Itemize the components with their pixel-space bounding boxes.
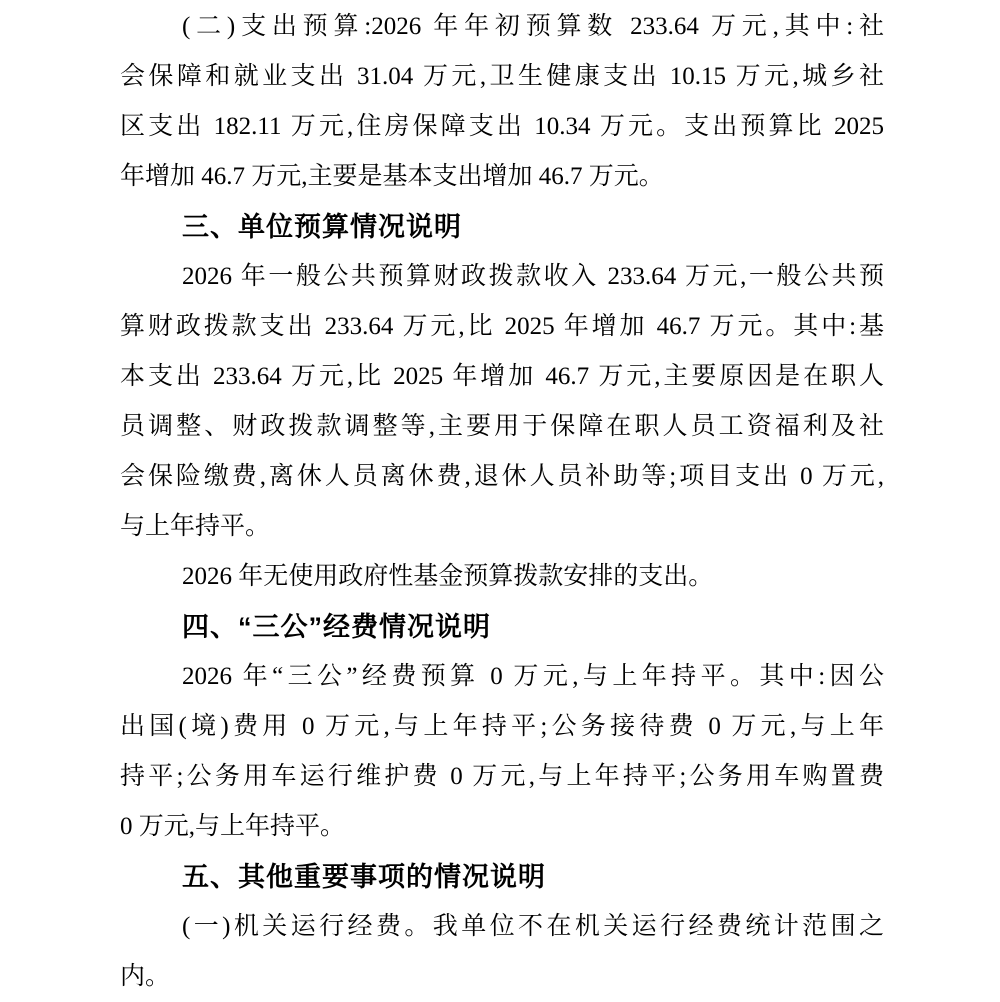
text-line: 2026 年无使用政府性基金预算拨款安排的支出。 bbox=[120, 552, 884, 602]
paragraph-unit-budget-explanation: 2026 年一般公共预算财政拨款收入 233.64 万元,一般公共预 算财政拨款… bbox=[120, 252, 884, 552]
text-line: 0 万元,与上年持平。 bbox=[120, 802, 884, 852]
paragraph-three-public-expenses: 2026 年“三公”经费预算 0 万元,与上年持平。其中:因公 出国(境)费用 … bbox=[120, 652, 884, 852]
text-line: 会保险缴费,离休人员离休费,退休人员补助等;项目支出 0 万元, bbox=[120, 452, 884, 502]
document-page: (二)支出预算:2026 年年初预算数 233.64 万元,其中:社 会保障和就… bbox=[0, 0, 1000, 1002]
text-line: 算财政拨款支出 233.64 万元,比 2025 年增加 46.7 万元。其中:… bbox=[120, 302, 884, 352]
paragraph-operating-expenses: (一)机关运行经费。我单位不在机关运行经费统计范围之 内。 bbox=[120, 902, 884, 1002]
section-heading-other-matters: 五、其他重要事项的情况说明 bbox=[120, 852, 884, 902]
text-line: 出国(境)费用 0 万元,与上年持平;公务接待费 0 万元,与上年 bbox=[120, 702, 884, 752]
text-line: 年增加 46.7 万元,主要是基本支出增加 46.7 万元。 bbox=[120, 152, 884, 202]
text-line: 与上年持平。 bbox=[120, 502, 884, 552]
text-line: 本支出 233.64 万元,比 2025 年增加 46.7 万元,主要原因是在职… bbox=[120, 352, 884, 402]
text-line: 员调整、财政拨款调整等,主要用于保障在职人员工资福利及社 bbox=[120, 402, 884, 452]
text-line: 内。 bbox=[120, 952, 884, 1002]
text-line: (一)机关运行经费。我单位不在机关运行经费统计范围之 bbox=[120, 902, 884, 952]
section-heading-three-public: 四、“三公”经费情况说明 bbox=[120, 602, 884, 652]
paragraph-government-fund: 2026 年无使用政府性基金预算拨款安排的支出。 bbox=[120, 552, 884, 602]
text-line: 持平;公务用车运行维护费 0 万元,与上年持平;公务用车购置费 bbox=[120, 752, 884, 802]
text-line: (二)支出预算:2026 年年初预算数 233.64 万元,其中:社 bbox=[120, 2, 884, 52]
text-line: 2026 年一般公共预算财政拨款收入 233.64 万元,一般公共预 bbox=[120, 252, 884, 302]
text-line: 2026 年“三公”经费预算 0 万元,与上年持平。其中:因公 bbox=[120, 652, 884, 702]
text-line: 会保障和就业支出 31.04 万元,卫生健康支出 10.15 万元,城乡社 bbox=[120, 52, 884, 102]
paragraph-expenditure-budget: (二)支出预算:2026 年年初预算数 233.64 万元,其中:社 会保障和就… bbox=[120, 2, 884, 202]
section-heading-unit-budget: 三、单位预算情况说明 bbox=[120, 202, 884, 252]
text-line: 区支出 182.11 万元,住房保障支出 10.34 万元。支出预算比 2025 bbox=[120, 102, 884, 152]
